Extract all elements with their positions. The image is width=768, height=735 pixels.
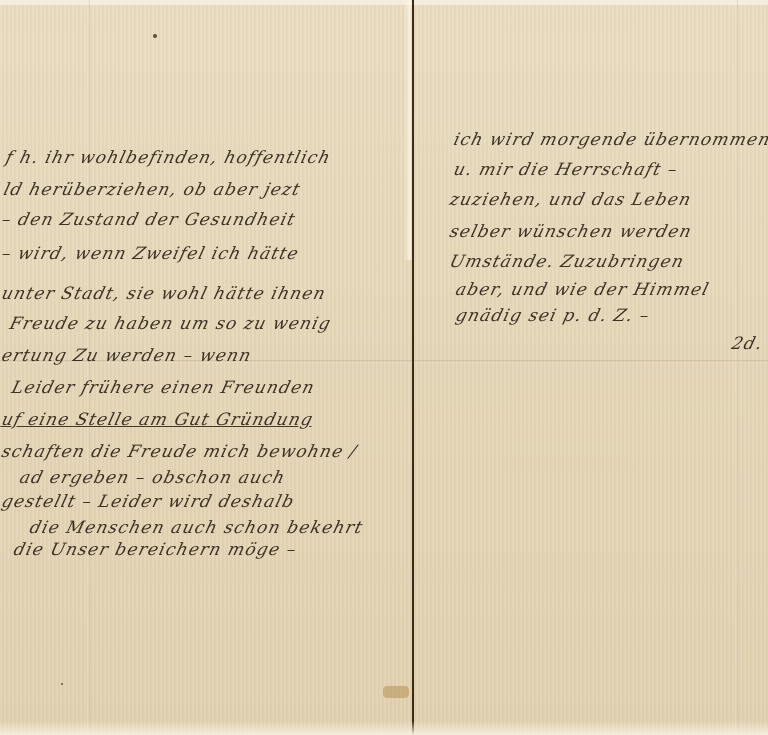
text-line: aber, und wie der Himmel xyxy=(454,280,712,300)
text-line: zuziehen, und das Leben xyxy=(448,190,694,210)
text-line: gnädig sei p. d. Z. – xyxy=(454,306,653,326)
text-line: unter Stadt, sie wohl hätte ihnen xyxy=(0,284,328,304)
left-page: f h. ihr wohlbefinden, hoffentlich ld he… xyxy=(0,0,412,735)
text-line: selber wünschen werden xyxy=(448,222,695,242)
paper-bottom-edge xyxy=(0,721,768,735)
text-line: ich wird morgende übernommen xyxy=(452,130,768,150)
text-line: schaften die Freude mich bewohne / xyxy=(0,442,359,462)
text-line: – wird, wenn Zweifel ich hätte xyxy=(0,244,301,264)
text-line: 2d. xyxy=(730,334,766,354)
text-line: Freude zu haben um so zu wenig xyxy=(8,314,334,334)
text-line: u. mir die Herrschaft – xyxy=(452,160,681,180)
text-line-underlined: uf eine Stelle am Gut Gründung xyxy=(0,410,316,430)
text-line: die Unser bereichern möge – xyxy=(12,540,300,560)
letter-scan: f h. ihr wohlbefinden, hoffentlich ld he… xyxy=(0,0,768,735)
text-line: – den Zustand der Gesundheit xyxy=(0,210,298,230)
text-line: Umstände. Zuzubringen xyxy=(448,252,687,272)
text-line: Leider frühere einen Freunden xyxy=(10,378,318,398)
text-line: gestellt – Leider wird deshalb xyxy=(0,492,297,512)
text-line: ad ergeben – obschon auch xyxy=(18,468,288,488)
text-line: die Menschen auch schon bekehrt xyxy=(28,518,366,538)
text-line: f h. ihr wohlbefinden, hoffentlich xyxy=(4,148,334,168)
text-line: ld herüberziehen, ob aber jezt xyxy=(2,180,303,200)
right-page: ich wird morgende übernommen u. mir die … xyxy=(414,0,768,735)
text-line: ertung Zu werden – wenn xyxy=(0,346,254,366)
